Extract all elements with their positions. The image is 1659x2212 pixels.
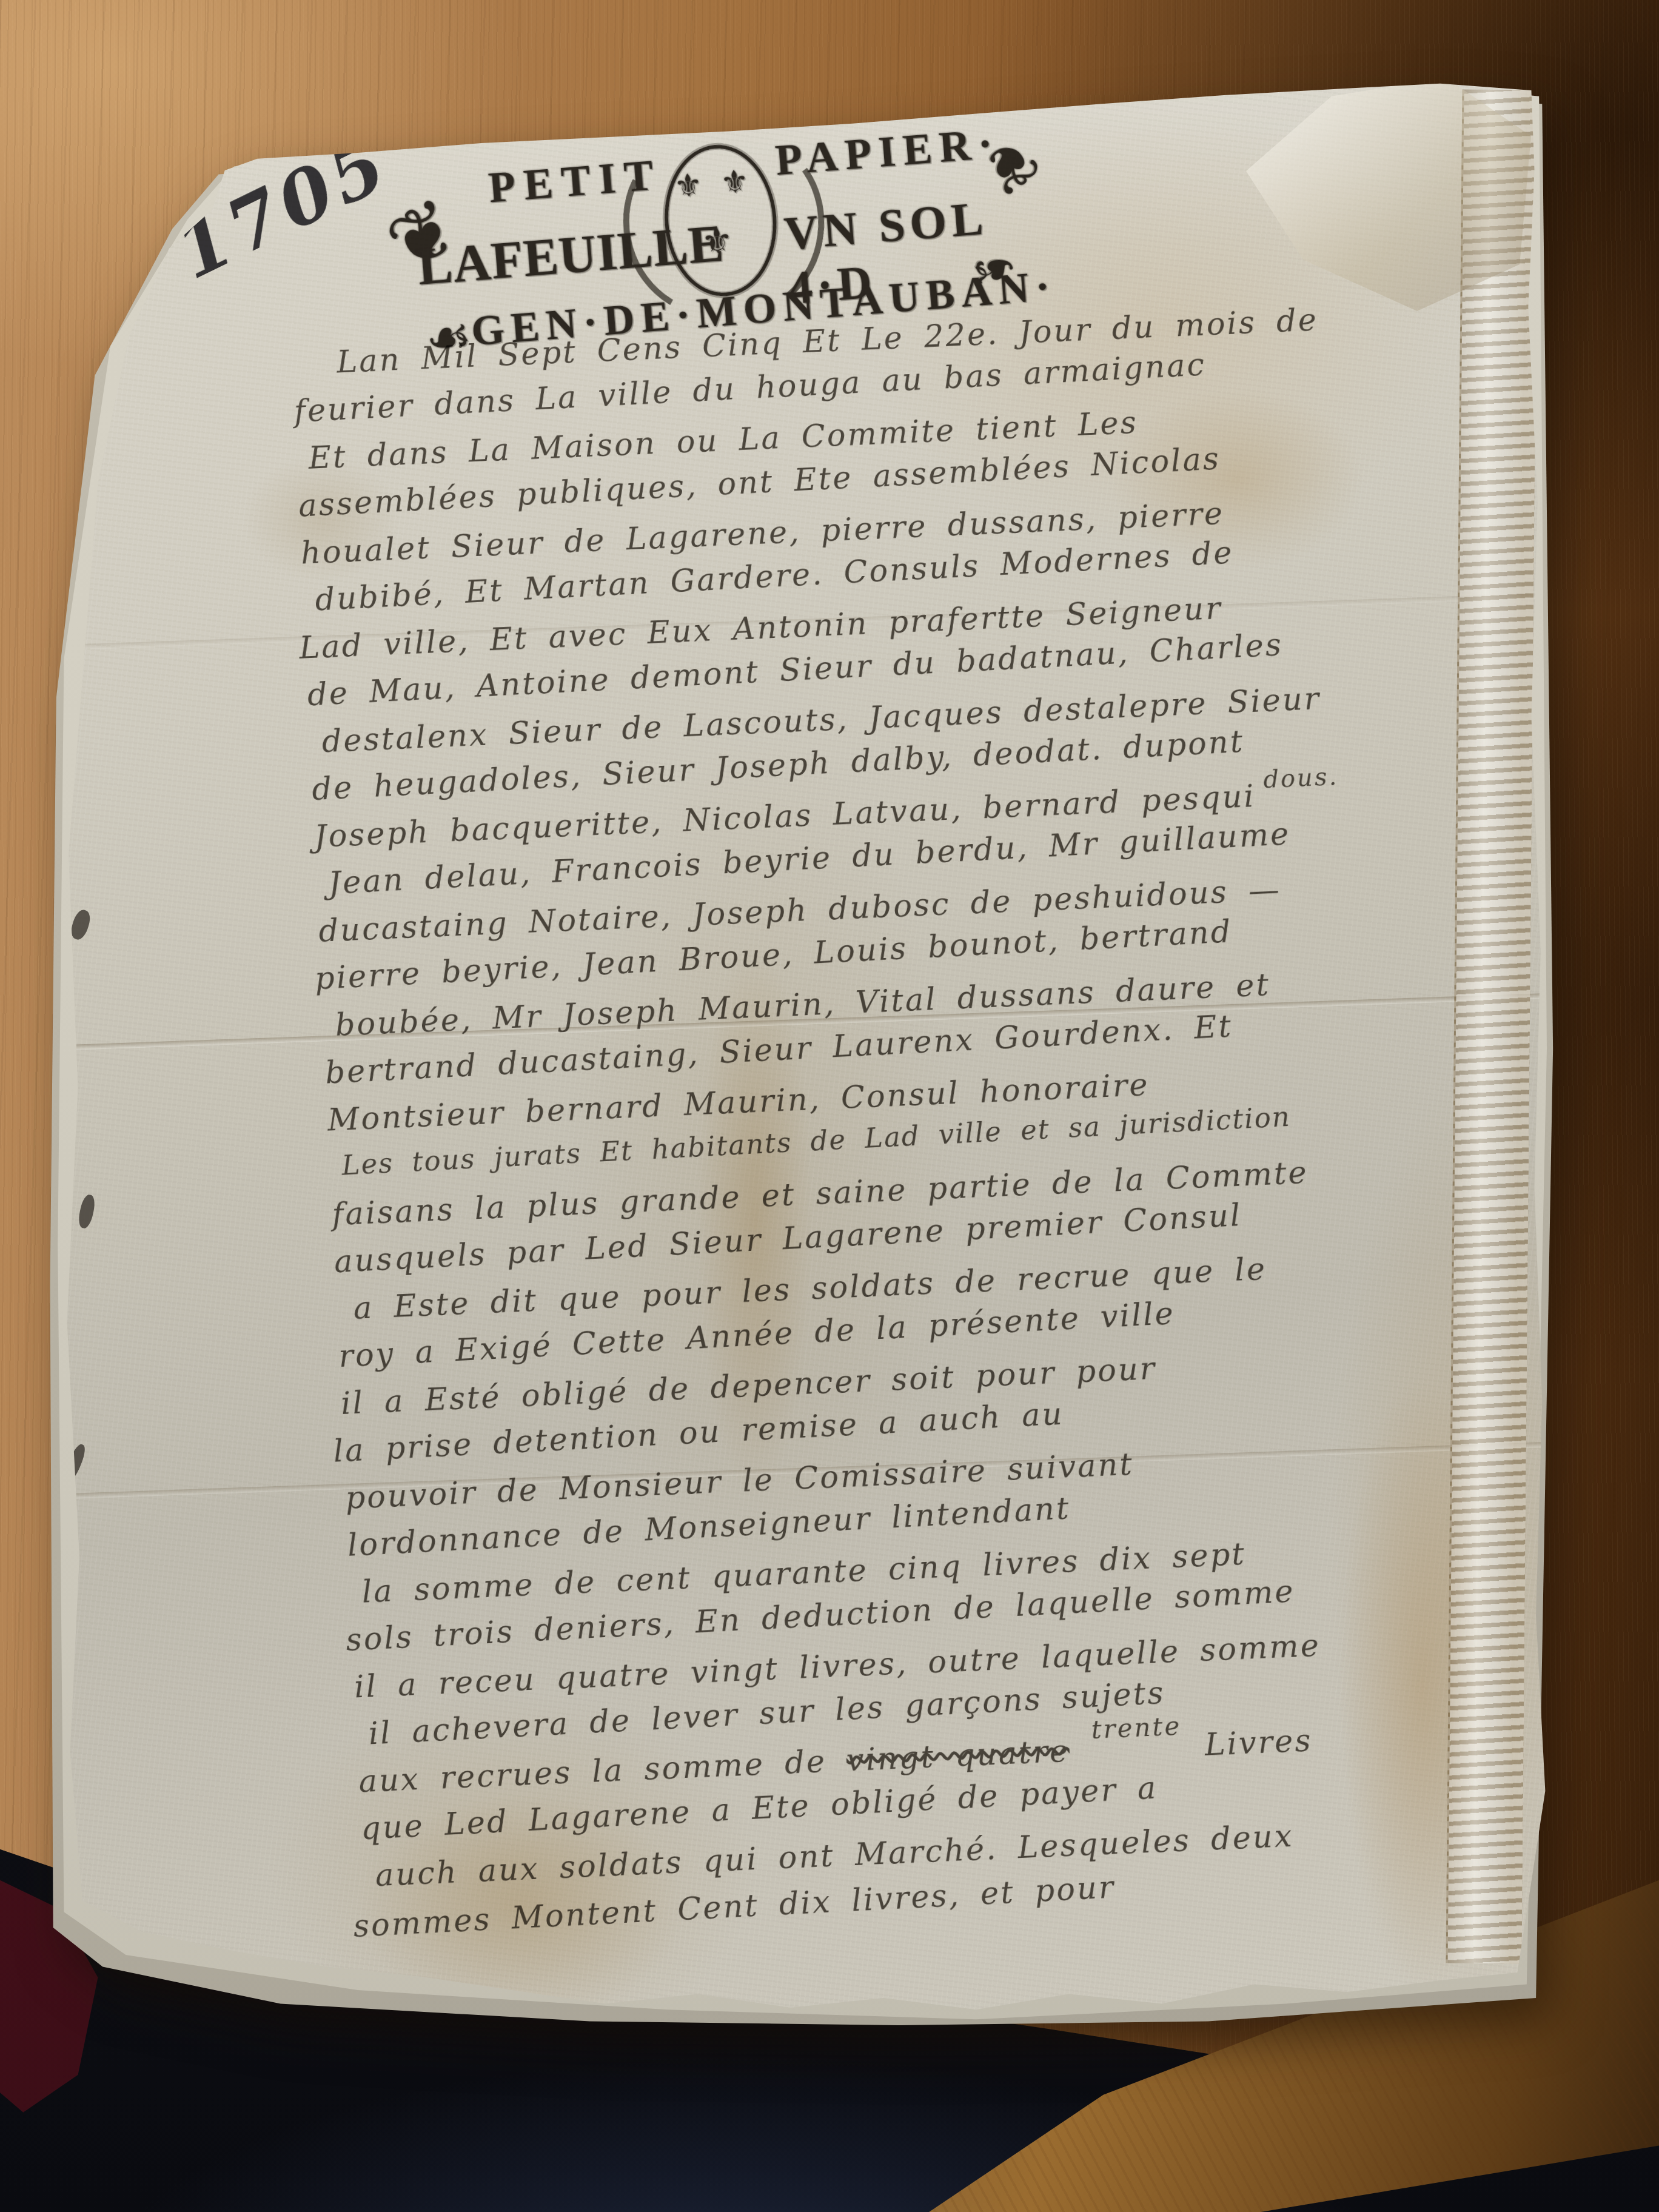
struck-through-word: vingt quatre <box>846 1734 1070 1779</box>
inserted-word: dous. <box>1262 763 1339 794</box>
paper-stack: 1705 ❦ ❦ ☙ ☙ PETIT PAPIER· ⚜ ⚜ ⚜ LAFEUIL… <box>49 73 1595 2025</box>
manuscript-line-text: Livres <box>1204 1723 1313 1763</box>
manuscript-text: Lan Mil Sept Cens Cinq Et Le 22e. Jour d… <box>291 289 1603 1956</box>
fleur-de-lis-icon: ⚜ ⚜ <box>672 163 754 206</box>
correction-word: trente <box>1091 1711 1182 1744</box>
manuscript-page: 1705 ❦ ❦ ☙ ☙ PETIT PAPIER· ⚜ ⚜ ⚜ LAFEUIL… <box>49 73 1595 2025</box>
photo-of-manuscript: 1705 ❦ ❦ ☙ ☙ PETIT PAPIER· ⚜ ⚜ ⚜ LAFEUIL… <box>0 0 1659 2212</box>
